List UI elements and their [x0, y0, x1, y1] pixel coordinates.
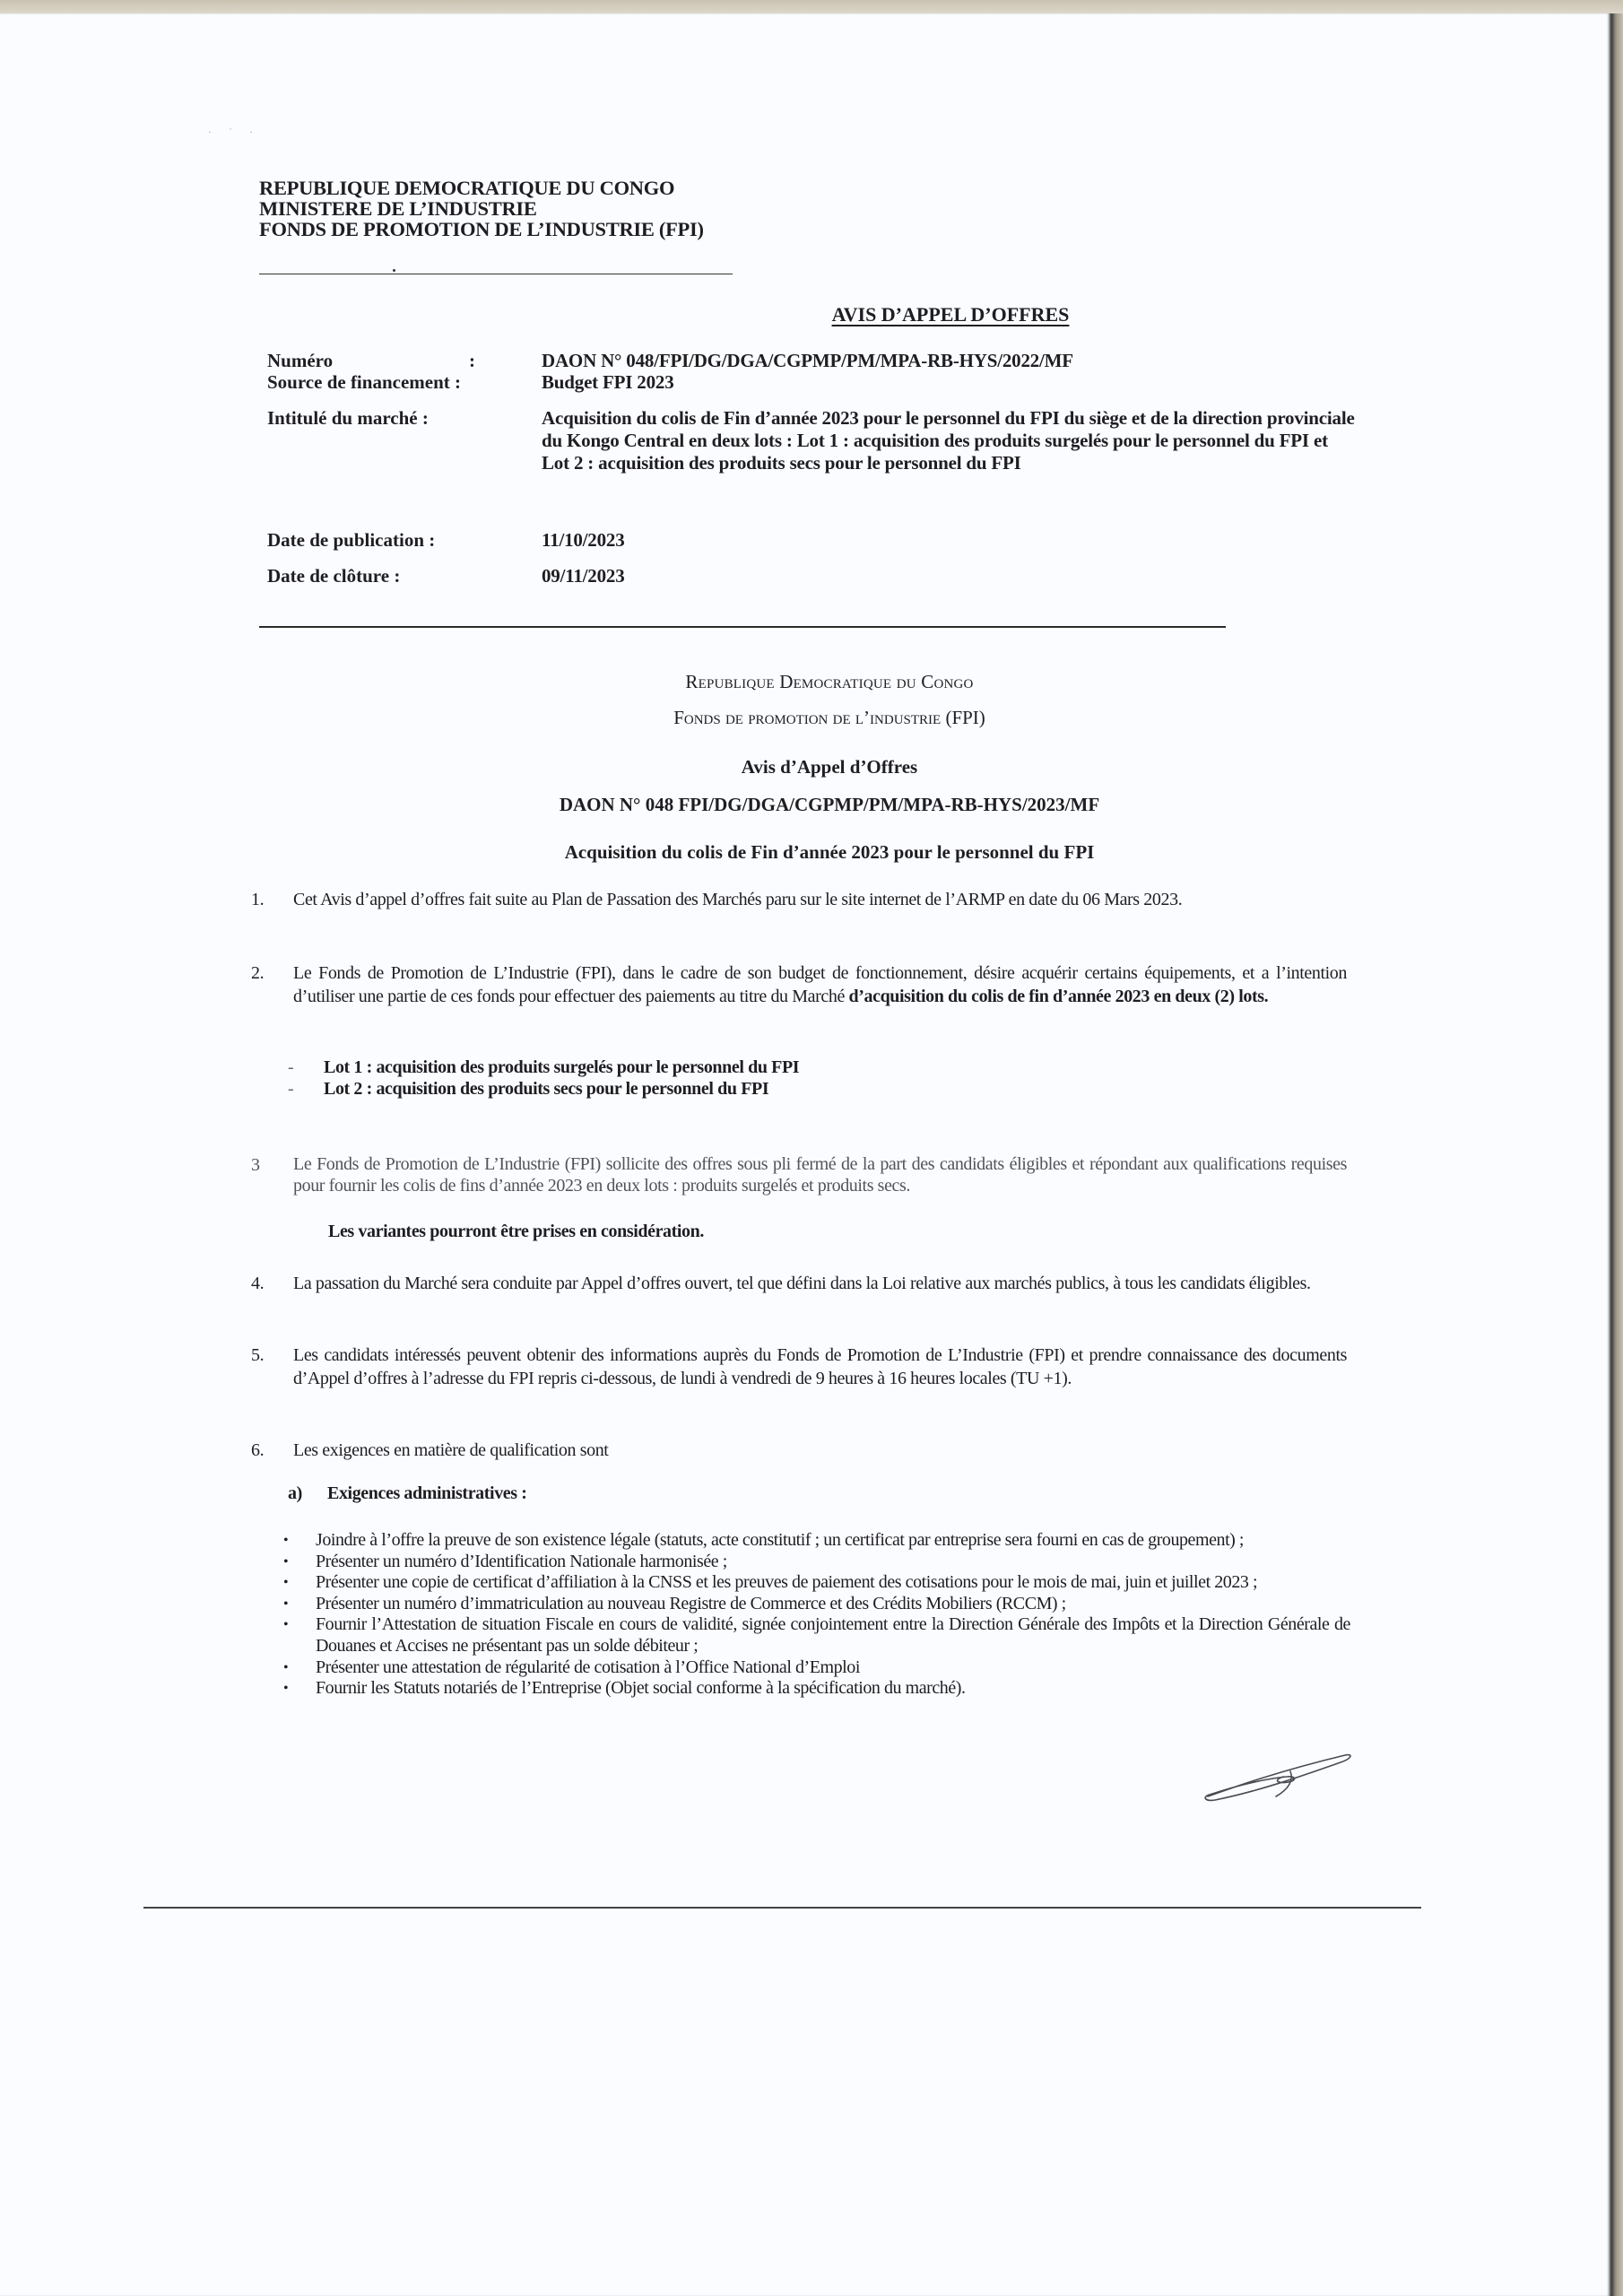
requirement-item: •Présenter un numéro d’Identification Na… [283, 1552, 1350, 1573]
signature-icon [1197, 1744, 1358, 1816]
letterhead-fund: FONDS DE PROMOTION DE L’INDUSTRIE (FPI) [259, 219, 704, 239]
info-value: Budget FPI 2023 [542, 371, 1367, 393]
header2-org: Fonds de promotion de l’industrie (FPI) [0, 707, 1623, 729]
header2-country: Republique Democratique du Congo [0, 671, 1623, 693]
dash-bullet: - [288, 1057, 324, 1078]
requirement-text: Présenter une attestation de régularité … [316, 1657, 860, 1677]
paragraph-1: 1. Cet Avis d’appel d’offres fait suite … [251, 888, 1347, 911]
letterhead-rule-dot [393, 269, 395, 272]
lot-text: Lot 2 : acquisition des produits secs po… [324, 1079, 768, 1099]
info-colon: : [469, 350, 475, 371]
paragraph-number: 4. [251, 1272, 278, 1295]
requirement-item: •Joindre à l’offre la preuve de son exis… [283, 1530, 1350, 1552]
bullet-icon: • [283, 1678, 288, 1700]
bullet-icon: • [283, 1614, 288, 1636]
paragraph-text: Les candidats intéressés peuvent obtenir… [293, 1344, 1347, 1390]
requirement-text: Présenter un numéro d’Identification Nat… [316, 1552, 727, 1571]
info-value: 09/11/2023 [542, 565, 1367, 587]
info-label: Source de financement : [267, 371, 509, 393]
dash-bullet: - [288, 1078, 324, 1100]
paragraph-number: 2. [251, 961, 278, 985]
paragraph-number: 5. [251, 1344, 278, 1367]
info-value: 11/10/2023 [542, 529, 1367, 551]
paragraph-text: Le Fonds de Promotion de L’Industrie (FP… [293, 1153, 1347, 1196]
subsection-letter: a) [288, 1482, 327, 1505]
scan-specks: · ˙ · [208, 126, 260, 139]
info-value: Acquisition du colis de Fin d’année 2023… [542, 407, 1359, 474]
paragraph-number: 1. [251, 888, 278, 911]
requirement-item: •Fournir l’Attestation de situation Fisc… [283, 1614, 1350, 1657]
paragraph-text: Le Fonds de Promotion de L’Industrie (FP… [293, 961, 1347, 1008]
requirement-item: •Présenter un numéro d’immatriculation a… [283, 1594, 1350, 1615]
paragraph-6: 6. Les exigences en matière de qualifica… [251, 1439, 1347, 1462]
variantes-note: Les variantes pourront être prises en co… [328, 1220, 704, 1243]
paragraph-2: 2. Le Fonds de Promotion de L’Industrie … [251, 961, 1347, 1008]
subsection-a: a)Exigences administratives : [288, 1482, 527, 1505]
paragraph-text: Les exigences en matière de qualificatio… [293, 1439, 1347, 1462]
lot-text: Lot 1 : acquisition des produits surgelé… [324, 1057, 799, 1077]
letterhead-country: REPUBLIQUE DEMOCRATIQUE DU CONGO [259, 178, 704, 198]
paragraph-text: Cet Avis d’appel d’offres fait suite au … [293, 888, 1347, 911]
paragraph-text: La passation du Marché sera conduite par… [293, 1272, 1347, 1295]
requirement-item: •Présenter une attestation de régularité… [283, 1657, 1350, 1679]
lot-item: -Lot 2 : acquisition des produits secs p… [288, 1078, 799, 1100]
paragraph-5: 5. Les candidats intéressés peuvent obte… [251, 1344, 1347, 1390]
bullet-icon: • [283, 1594, 288, 1615]
paragraph-3: 3 Le Fonds de Promotion de L’Industrie (… [251, 1153, 1347, 1196]
bullet-icon: • [283, 1572, 288, 1594]
requirement-text: Joindre à l’offre la preuve de son exist… [316, 1530, 1244, 1550]
requirement-text: Fournir l’Attestation de situation Fisca… [316, 1614, 1350, 1656]
requirement-text: Présenter une copie de certificat d’affi… [316, 1572, 1257, 1592]
info-label: Date de clôture : [267, 565, 509, 587]
footer-rule [143, 1907, 1421, 1909]
header2-daon-number: DAON N° 048 FPI/DG/DGA/CGPMP/PM/MPA-RB-H… [0, 794, 1623, 816]
letterhead-rule [259, 274, 733, 274]
info-rule [259, 626, 1226, 628]
requirements-list: •Joindre à l’offre la preuve de son exis… [283, 1530, 1350, 1700]
lot-list: -Lot 1 : acquisition des produits surgel… [288, 1057, 799, 1100]
document-title: AVIS D’APPEL D’OFFRES [0, 303, 1614, 326]
letterhead-ministry: MINISTERE DE L’INDUSTRIE [259, 198, 704, 219]
letterhead: REPUBLIQUE DEMOCRATIQUE DU CONGO MINISTE… [259, 178, 704, 239]
scan-border-right [1611, 13, 1623, 2296]
requirement-text: Fournir les Statuts notariés de l’Entrep… [316, 1678, 966, 1698]
info-label: Date de publication : [267, 529, 509, 551]
scan-border-top [0, 0, 1623, 14]
info-value: DAON N° 048/FPI/DG/DGA/CGPMP/PM/MPA-RB-H… [542, 350, 1367, 371]
subsection-title: Exigences administratives : [327, 1483, 527, 1503]
paragraph-number: 6. [251, 1439, 278, 1462]
info-label: Intitulé du marché : [267, 407, 509, 429]
paragraph-number: 3 [251, 1153, 278, 1177]
header2-acquisition: Acquisition du colis de Fin d’année 2023… [0, 841, 1623, 864]
bullet-icon: • [283, 1530, 288, 1552]
requirement-item: •Présenter une copie de certificat d’aff… [283, 1572, 1350, 1594]
paragraph-4: 4. La passation du Marché sera conduite … [251, 1272, 1347, 1295]
requirement-text: Présenter un numéro d’immatriculation au… [316, 1594, 1066, 1613]
lot-item: -Lot 1 : acquisition des produits surgel… [288, 1057, 799, 1078]
requirement-item: •Fournir les Statuts notariés de l’Entre… [283, 1678, 1350, 1700]
bullet-icon: • [283, 1552, 288, 1573]
header2-avis-title: Avis d’Appel d’Offres [0, 756, 1623, 778]
bullet-icon: • [283, 1657, 288, 1679]
paragraph-text-bold: d’acquisition du colis de fin d’année 20… [849, 987, 1269, 1006]
